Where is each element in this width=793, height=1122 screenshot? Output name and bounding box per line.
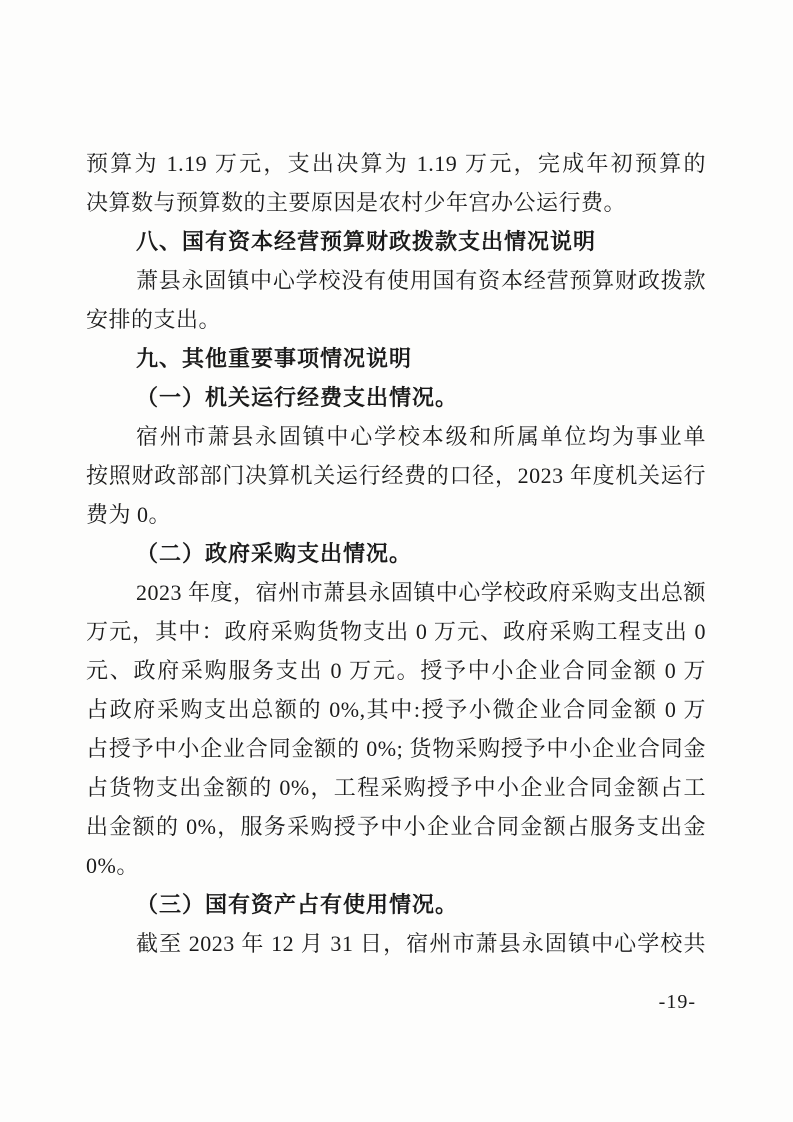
text-line: 占政府采购支出总额的 0%,其中:授予小微企业合同金额 0 万元，	[86, 690, 706, 729]
text-line: 万元，其中：政府采购货物支出 0 万元、政府采购工程支出 0 万	[86, 612, 706, 651]
text-line: 占货物支出金额的 0%，工程采购授予中小企业合同金额占工程支	[86, 768, 706, 807]
document-page: 预算为 1.19 万元，支出决算为 1.19 万元，完成年初预算的 100%， …	[0, 0, 793, 1122]
section-heading-9: 九、其他重要事项情况说明	[86, 339, 706, 378]
text-line: 2023 年度，宿州市萧县永固镇中心学校政府采购支出总额 0	[86, 573, 706, 612]
text-line: 占授予中小企业合同金额的 0%; 货物采购授予中小企业合同金额	[86, 729, 706, 768]
document-body: 预算为 1.19 万元，支出决算为 1.19 万元，完成年初预算的 100%， …	[86, 144, 706, 963]
section-heading-8: 八、国有资本经营预算财政拨款支出情况说明	[86, 222, 706, 261]
text-line: 费为 0。	[86, 495, 706, 534]
text-line: 截至 2023 年 12 月 31 日，宿州市萧县永固镇中心学校共有	[86, 924, 706, 963]
text-line: 0%。	[86, 846, 706, 885]
text-line: 安排的支出。	[86, 300, 706, 339]
text-line: 元、政府采购服务支出 0 万元。授予中小企业合同金额 0 万元，	[86, 651, 706, 690]
subsection-heading-9-3: （三）国有资产占有使用情况。	[86, 885, 706, 924]
text-line: 预算为 1.19 万元，支出决算为 1.19 万元，完成年初预算的 100%，	[86, 144, 706, 183]
subsection-heading-9-1: （一）机关运行经费支出情况。	[86, 378, 706, 417]
subsection-heading-9-2: （二）政府采购支出情况。	[86, 534, 706, 573]
text-line: 萧县永固镇中心学校没有使用国有资本经营预算财政拨款	[86, 261, 706, 300]
text-line: 宿州市萧县永固镇中心学校本级和所属单位均为事业单位，	[86, 417, 706, 456]
text-line: 按照财政部部门决算机关运行经费的口径，2023 年度机关运行经	[86, 456, 706, 495]
text-line: 决算数与预算数的主要原因是农村少年宫办公运行费。	[86, 183, 706, 222]
page-number: -19-	[659, 990, 696, 1014]
text-line: 出金额的 0%，服务采购授予中小企业合同金额占服务支出金额的	[86, 807, 706, 846]
